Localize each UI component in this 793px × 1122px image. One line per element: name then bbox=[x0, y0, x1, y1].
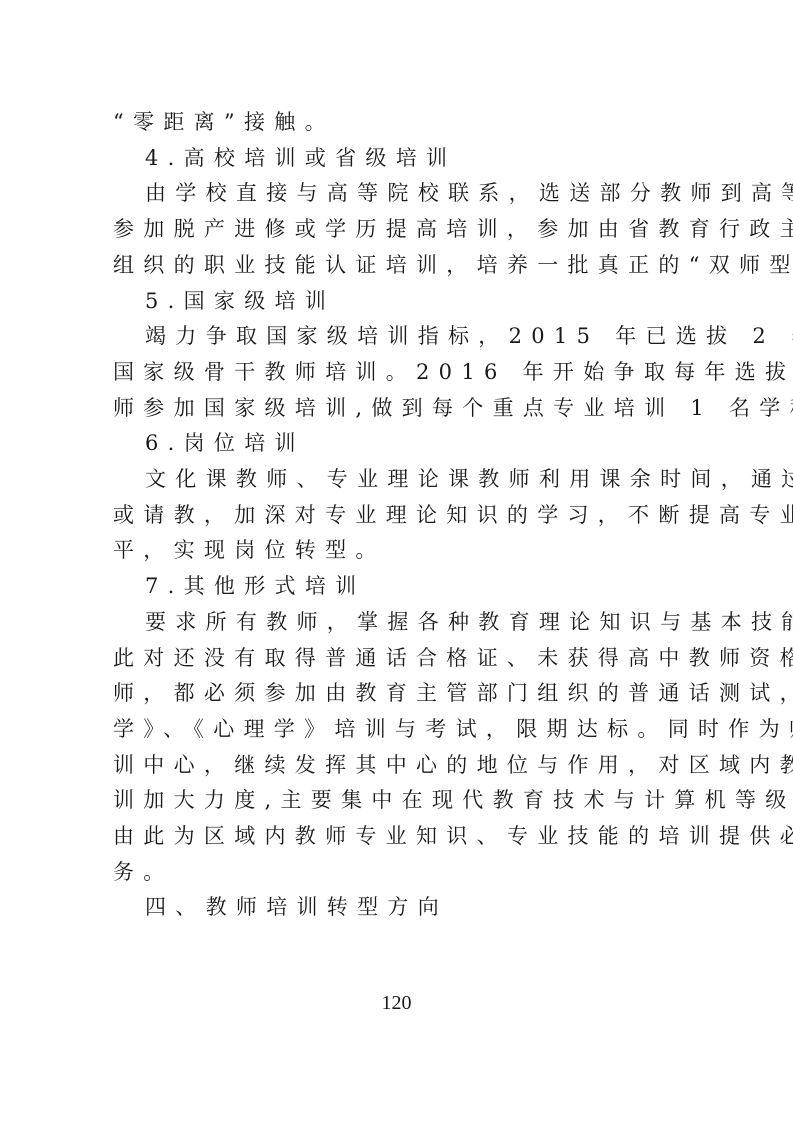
text-line: 此对还没有取得普通话合格证、未获得高中教师资格证的教 bbox=[113, 640, 793, 676]
text-line: 5.国家级培训 bbox=[145, 283, 335, 319]
text-line: 4.高校培训或省级培训 bbox=[145, 140, 456, 176]
text-line: 国家级骨干教师培训。2016 年开始争取每年选拔 10-20 名教 bbox=[113, 354, 793, 390]
text-line: 组织的职业技能认证培训，培养一批真正的“双师型”教师。 bbox=[113, 247, 793, 283]
text-line: “零距离”接触。 bbox=[113, 104, 335, 140]
text-line: 师参加国家级培训,做到每个重点专业培训 1 名学科带头人。 bbox=[113, 390, 793, 426]
text-line: 平，实现岗位转型。 bbox=[113, 532, 386, 568]
text-line: 或请教，加深对专业理论知识的学习，不断提高专业操作水 bbox=[113, 497, 793, 533]
text-line: 四、教师培训转型方向 bbox=[145, 889, 448, 925]
text-line: 师，都必须参加由教育主管部门组织的普通话测试，《教育 bbox=[113, 675, 793, 711]
text-line: 文化课教师、专业理论课教师利用课余时间，通过自学 bbox=[145, 461, 793, 497]
text-line: 竭力争取国家级培训指标，2015 年已选拔 2 名教师参加 bbox=[145, 318, 793, 354]
document-page: “零距离”接触。4.高校培训或省级培训由学校直接与高等院校联系，选送部分教师到高… bbox=[0, 0, 793, 1122]
text-line: 6.岗位培训 bbox=[145, 425, 305, 461]
text-line: 参加脱产进修或学历提高培训，参加由省教育行政主管部门 bbox=[113, 211, 793, 247]
text-line: 务。 bbox=[113, 854, 174, 890]
text-line: 由此为区域内教师专业知识、专业技能的培训提供必要的服 bbox=[113, 818, 793, 854]
text-line: 训中心，继续发挥其中心的地位与作用，对区域内教师的培 bbox=[113, 747, 793, 783]
text-line: 7.其他形式培训 bbox=[145, 568, 365, 604]
text-line: 要求所有教师，掌握各种教育理论知识与基本技能，因 bbox=[145, 604, 793, 640]
text-line: 由学校直接与高等院校联系，选送部分教师到高等院校 bbox=[145, 175, 793, 211]
text-line: 学》、《心理学》培训与考试，限期达标。同时作为师资培 bbox=[113, 711, 793, 747]
text-line: 训加大力度,主要集中在现代教育技术与计算机等级的培训, bbox=[113, 782, 793, 818]
page-number: 120 bbox=[0, 988, 793, 1018]
